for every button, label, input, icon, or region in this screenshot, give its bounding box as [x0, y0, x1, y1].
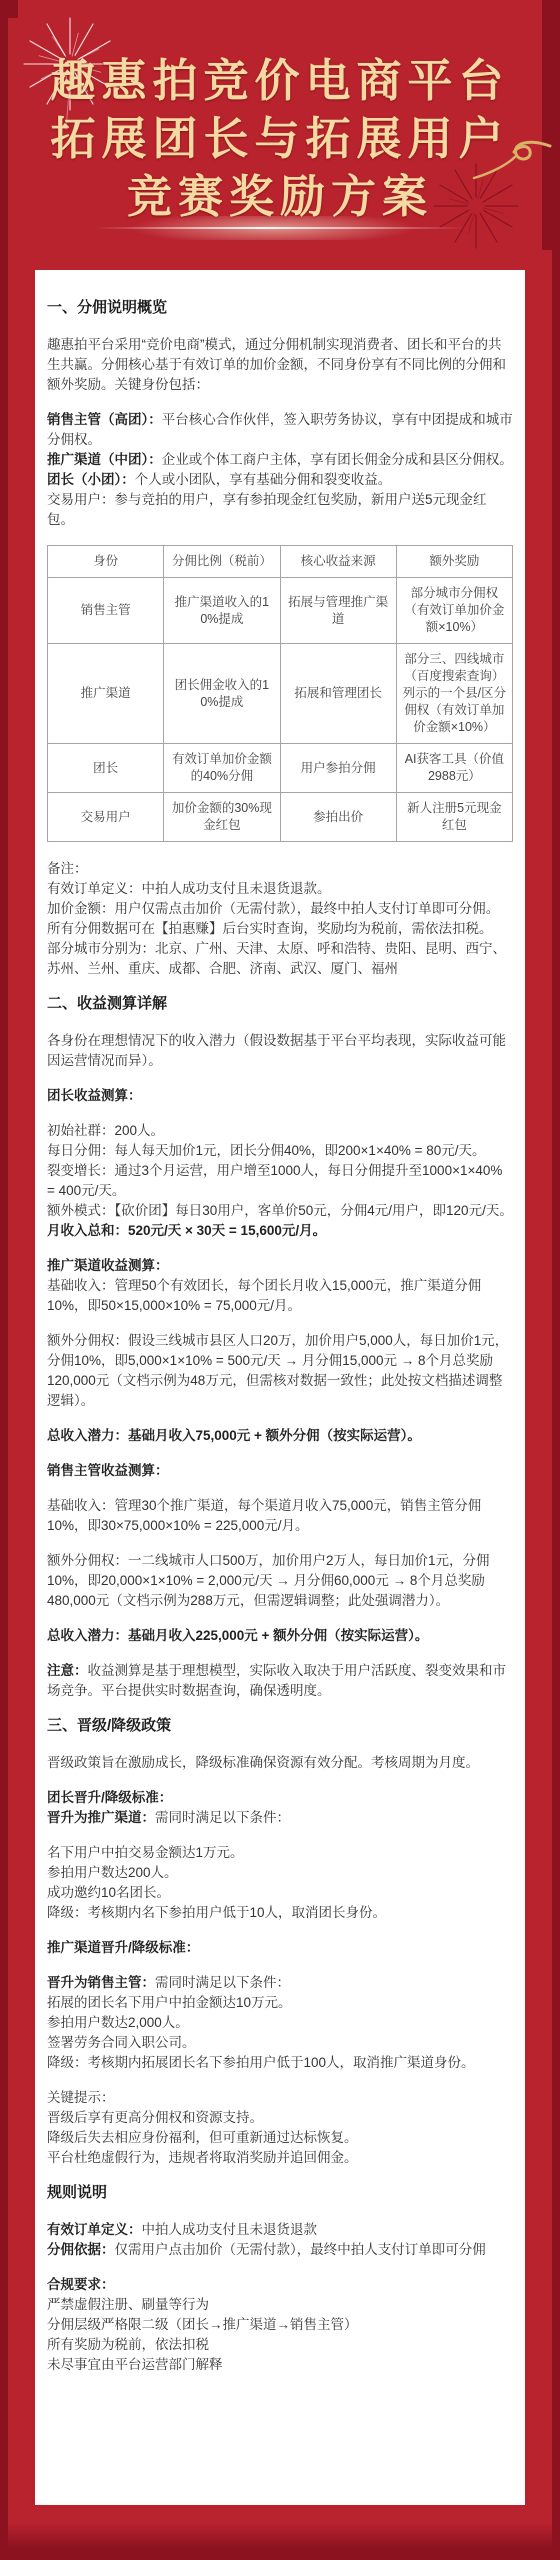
table-row: 销售主管 推广渠道收入的10%提成 拓展与管理推广渠道 部分城市分佣权（有效订单… — [48, 578, 513, 644]
key-tips-heading: 关键提示： — [47, 2088, 513, 2108]
table-cell: 有效订单加价金额的40%分佣 — [164, 744, 280, 793]
table-cell: 拓展和管理团长 — [280, 644, 396, 744]
leader-standard-block: 团长晋升/降级标准： 晋升为推广渠道：需同时满足以下条件： — [47, 1788, 513, 1828]
table-cell: 用户参拍分佣 — [280, 744, 396, 793]
supervisor-income-heading: 销售主管收益测算： — [47, 1461, 513, 1481]
table-cell: 推广渠道收入的10%提成 — [164, 578, 280, 644]
compliance-line: 严禁虚假注册、刷量等行为 — [47, 2295, 513, 2315]
condition-line: 名下用户中拍交易金额达1万元。 — [47, 1843, 513, 1863]
table-cell: 加价金额的30%现金红包 — [164, 793, 280, 842]
rules-title: 规则说明 — [47, 2183, 513, 2203]
bottom-band-decoration — [0, 2522, 560, 2560]
rules-definitions: 有效订单定义：中拍人成功支付且未退货退款 分佣依据：仅需用户点击加价（无需付款）… — [47, 2220, 513, 2260]
table-header-cell: 身份 — [48, 546, 164, 578]
income-line: 基础收入：管理50个有效团长，每个团长月收入15,000元，推广渠道分佣10%，… — [47, 1276, 513, 1316]
channel-standard-heading: 推广渠道晋升/降级标准： — [47, 1938, 513, 1958]
note-line: 有效订单定义：中拍人成功支付且未退货退款。 — [47, 879, 513, 899]
light-flare-decoration — [95, 216, 465, 240]
role-item: 推广渠道（中团）：企业或个体工商户主体，享有团长佣金分成和县区分佣权。 — [47, 450, 513, 470]
table-header-cell: 额外奖励 — [396, 546, 512, 578]
key-tips-block: 关键提示： 晋级后享有更高分佣权和资源支持。 降级后失去相应身份福利，但可重新通… — [47, 2088, 513, 2168]
channel-conditions: 晋升为销售主管：需同时满足以下条件： 拓展的团长名下用户中拍金额达10万元。 参… — [47, 1973, 513, 2073]
tip-line: 晋级后享有更高分佣权和资源支持。 — [47, 2108, 513, 2128]
table-cell: 销售主管 — [48, 578, 164, 644]
channel-income-total: 总收入潜力：基础月收入75,000元 + 额外分佣（按实际运营）。 — [47, 1426, 513, 1446]
note-line: 所有分佣数据可在【拍惠赚】后台实时查询，奖励均为税前，需依法扣税。 — [47, 919, 513, 939]
note-line: 加价金额：用户仅需点击加价（无需付款），最终中拍人支付订单即可分佣。 — [47, 899, 513, 919]
income-note: 注意：收益测算是基于理想模型，实际收入取决于用户活跃度、裂变效果和市场竞争。平台… — [47, 1661, 513, 1701]
tip-line: 平台杜绝虚假行为，违规者将取消奖励并追回佣金。 — [47, 2148, 513, 2168]
channel-extra-line: 额外分佣权：假设三线城市县区人口20万，加价用户5,000人，每日加价1元，分佣… — [47, 1331, 513, 1411]
table-row: 交易用户 加价金额的30%现金红包 参拍出价 新人注册5元现金红包 — [48, 793, 513, 842]
compliance-line: 所有奖励为税前，依法扣税 — [47, 2335, 513, 2355]
leader-promote-line: 晋升为推广渠道：需同时满足以下条件： — [47, 1808, 513, 1828]
table-header-cell: 核心收益来源 — [280, 546, 396, 578]
leader-income-total: 月收入总和：520元/天 × 30天 = 15,600元/月。 — [47, 1221, 513, 1241]
section-2-title: 二、收益测算详解 — [47, 994, 513, 1014]
table-cell: 交易用户 — [48, 793, 164, 842]
channel-income-block: 推广渠道收益测算： 基础收入：管理50个有效团长，每个团长月收入15,000元，… — [47, 1256, 513, 1316]
supervisor-extra-line: 额外分佣权：一二线城市人口500万，加价用户2万人，每日加价1元，分佣10%，即… — [47, 1551, 513, 1611]
table-header-cell: 分佣比例（税前） — [164, 546, 280, 578]
compliance-heading: 合规要求： — [47, 2275, 513, 2295]
notes-heading: 备注： — [47, 859, 513, 879]
role-definitions: 销售主管（高团）：平台核心合作伙伴，签入职劳务协议，享有中团提成和城市分佣权。 … — [47, 410, 513, 530]
table-row: 推广渠道 团长佣金收入的10%提成 拓展和管理团长 部分三、四线城市（百度搜索查… — [48, 644, 513, 744]
rule-line: 有效订单定义：中拍人成功支付且未退货退款 — [47, 2220, 513, 2240]
commission-table: 身份 分佣比例（税前） 核心收益来源 额外奖励 销售主管 推广渠道收入的10%提… — [47, 545, 513, 842]
condition-line: 参拍用户数达200人。 — [47, 1863, 513, 1883]
condition-line: 降级：考核期内拓展团长名下参拍用户低于100人，取消推广渠道身份。 — [47, 2053, 513, 2073]
condition-line: 降级：考核期内名下参拍用户低于10人，取消团长身份。 — [47, 1903, 513, 1923]
compliance-line: 未尽事宜由平台运营部门解释 — [47, 2355, 513, 2375]
left-border-decoration — [0, 0, 8, 2560]
table-cell: AI获客工具（价值2988元） — [396, 744, 512, 793]
tip-line: 降级后失去相应身份福利，但可重新通过达标恢复。 — [47, 2128, 513, 2148]
section-1-intro: 趣惠拍平台采用“竞价电商”模式，通过分佣机制实现消费者、团长和平台的共生共赢。分… — [47, 335, 513, 395]
table-cell: 新人注册5元现金红包 — [396, 793, 512, 842]
section-3-intro: 晋级政策旨在激励成长，降级标准确保资源有效分配。考核周期为月度。 — [47, 1753, 513, 1773]
table-cell: 部分三、四线城市（百度搜索查询）列示的一个县/区分佣权（有效订单加价金额×10%… — [396, 644, 512, 744]
leader-standard-heading: 团长晋升/降级标准： — [47, 1788, 513, 1808]
table-header-row: 身份 分佣比例（税前） 核心收益来源 额外奖励 — [48, 546, 513, 578]
rule-line: 分佣依据：仅需用户点击加价（无需付款），最终中拍人支付订单即可分佣 — [47, 2240, 513, 2260]
channel-promote-line: 晋升为销售主管：需同时满足以下条件： — [47, 1973, 513, 1993]
table-cell: 拓展与管理推广渠道 — [280, 578, 396, 644]
role-item: 团长（小团）：个人或小团队，享有基础分佣和裂变收益。 — [47, 470, 513, 490]
condition-line: 拓展的团长名下用户中拍金额达10万元。 — [47, 1993, 513, 2013]
notes-block: 备注： 有效订单定义：中拍人成功支付且未退货退款。 加价金额：用户仅需点击加价（… — [47, 859, 513, 979]
top-left-corner-decoration — [0, 0, 18, 18]
role-item: 交易用户：参与竞拍的用户，享有参拍现金红包奖励，新用户送5元现金红包。 — [47, 490, 513, 530]
condition-line: 参拍用户数达2,000人。 — [47, 2013, 513, 2033]
section-3-title: 三、晋级/降级政策 — [47, 1716, 513, 1736]
condition-line: 签署劳务合同入职公司。 — [47, 2033, 513, 2053]
leader-conditions: 名下用户中拍交易金额达1万元。 参拍用户数达200人。 成功邀约10名团长。 降… — [47, 1843, 513, 1923]
income-line: 初始社群：200人。 — [47, 1121, 513, 1141]
compliance-block: 合规要求： 严禁虚假注册、刷量等行为 分佣层级严格限二级（团长→推广渠道→销售主… — [47, 2275, 513, 2375]
table-cell: 团长 — [48, 744, 164, 793]
income-line: 额外模式：【砍价团】每日30用户，客单价50元，分佣4元/用户，即120元/天。 — [47, 1201, 513, 1221]
condition-line: 成功邀约10名团长。 — [47, 1883, 513, 1903]
note-line: 部分城市分别为：北京、广州、天津、太原、呼和浩特、贵阳、昆明、西宁、苏州、兰州、… — [47, 939, 513, 979]
title-line-2: 拓展团长与拓展用户 — [0, 110, 560, 168]
leader-income-block: 初始社群：200人。 每日分佣：每人每天加价1元，团长分佣40%，即200×1×… — [47, 1121, 513, 1241]
table-cell: 参拍出价 — [280, 793, 396, 842]
table-cell: 推广渠道 — [48, 644, 164, 744]
supervisor-income-total: 总收入潜力：基础月收入225,000元 + 额外分佣（按实际运营）。 — [47, 1626, 513, 1646]
leader-income-heading: 团长收益测算： — [47, 1086, 513, 1106]
right-border-decoration — [552, 0, 560, 2560]
channel-income-heading: 推广渠道收益测算： — [47, 1256, 513, 1276]
income-line: 基础收入：管理30个推广渠道，每个渠道月收入75,000元，销售主管分佣10%，… — [47, 1496, 513, 1536]
table-cell: 团长佣金收入的10%提成 — [164, 644, 280, 744]
poster-title: 趣惠拍竞价电商平台 拓展团长与拓展用户 竞赛奖励方案 — [0, 52, 560, 226]
section-1-title: 一、分佣说明概览 — [47, 298, 513, 318]
income-line: 裂变增长：通过3个月运营，用户增至1000人，每日分佣提升至1000×1×40%… — [47, 1161, 513, 1201]
title-line-1: 趣惠拍竞价电商平台 — [0, 52, 560, 110]
content-card: 一、分佣说明概览 趣惠拍平台采用“竞价电商”模式，通过分佣机制实现消费者、团长和… — [35, 270, 525, 2505]
light-flare-core — [95, 227, 465, 229]
section-2-intro: 各身份在理想情况下的收入潜力（假设数据基于平台平均表现，实际收益可能因运营情况而… — [47, 1031, 513, 1071]
table-row: 团长 有效订单加价金额的40%分佣 用户参拍分佣 AI获客工具（价值2988元） — [48, 744, 513, 793]
table-cell: 部分城市分佣权（有效订单加价金额×10%） — [396, 578, 512, 644]
compliance-line: 分佣层级严格限二级（团长→推广渠道→销售主管） — [47, 2315, 513, 2335]
role-item: 销售主管（高团）：平台核心合作伙伴，签入职劳务协议，享有中团提成和城市分佣权。 — [47, 410, 513, 450]
income-line: 每日分佣：每人每天加价1元，团长分佣40%，即200×1×40% = 80元/天… — [47, 1141, 513, 1161]
